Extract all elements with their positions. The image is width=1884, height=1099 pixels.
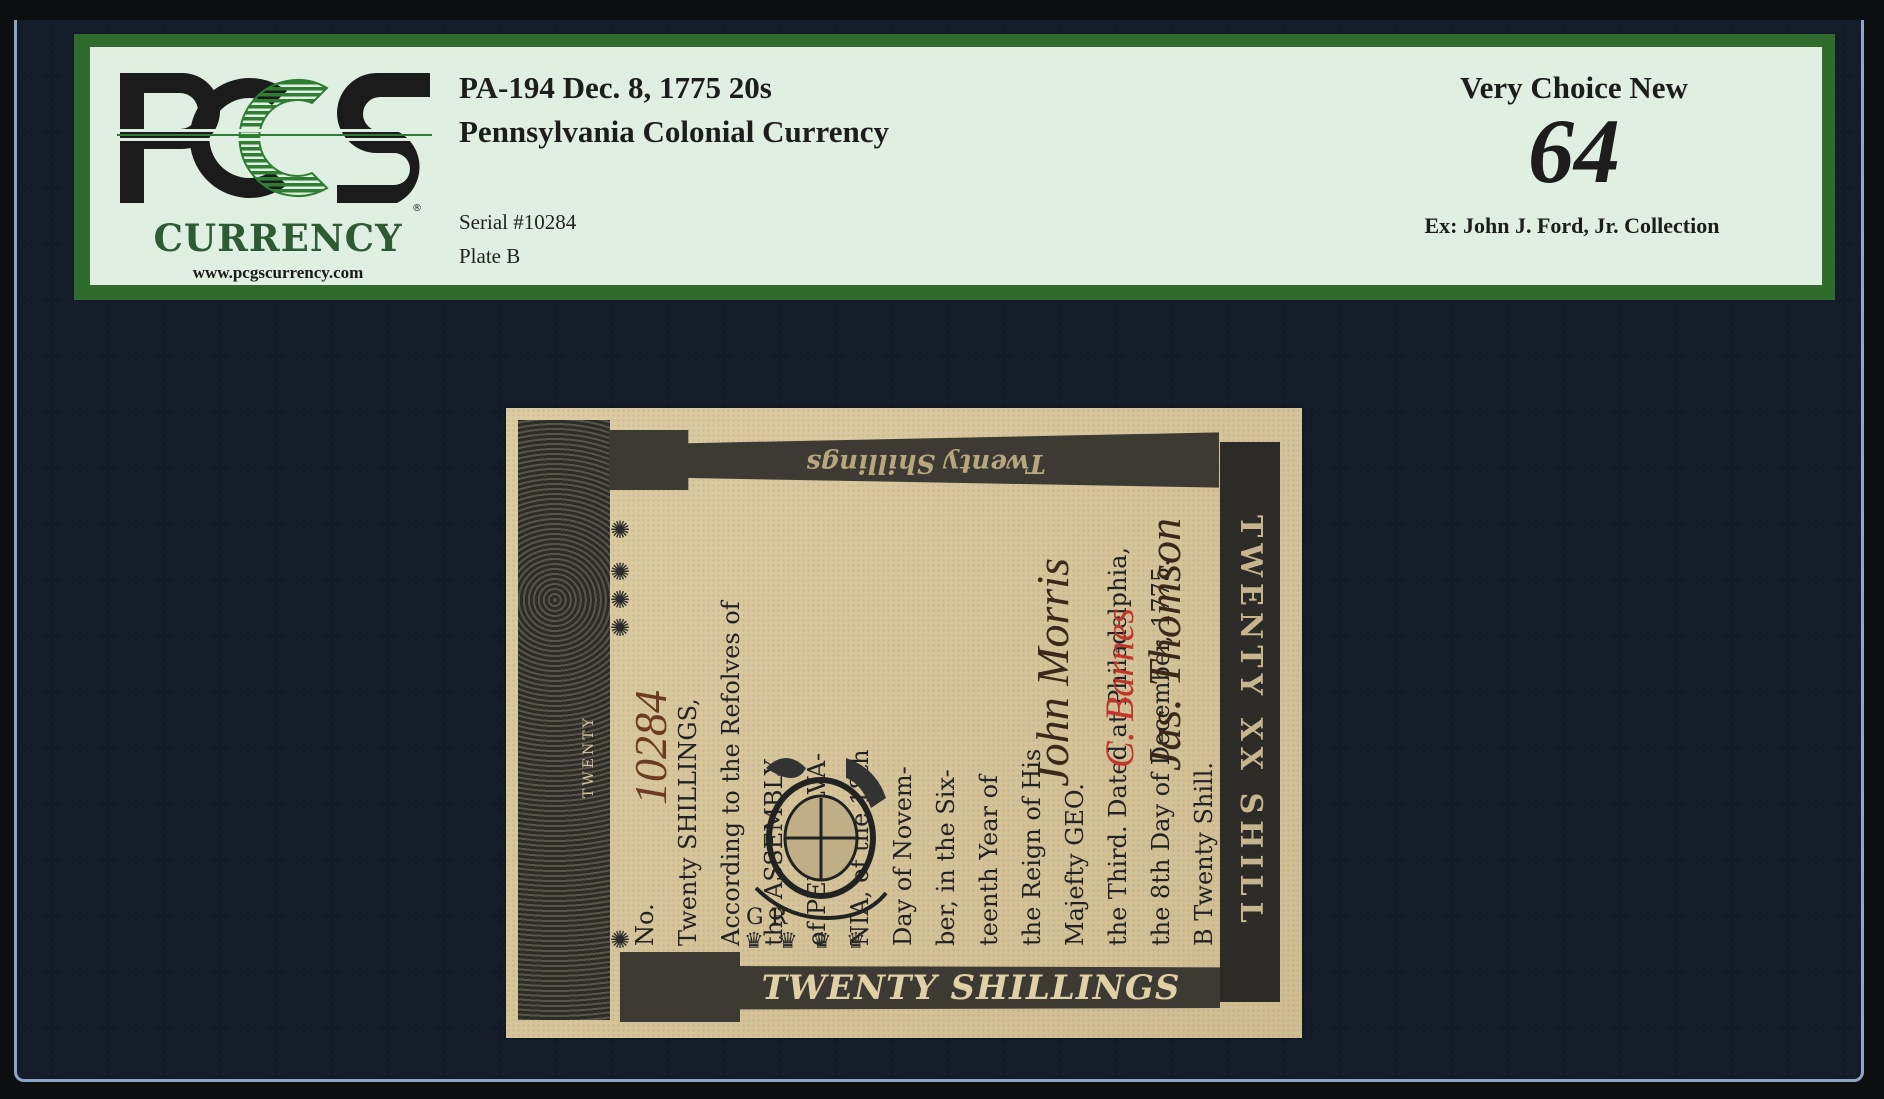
note-body-line: ber, in the Six- <box>925 506 968 946</box>
pedigree: Ex: John J. Ford, Jr. Collection <box>1352 213 1792 239</box>
grade-number: 64 <box>1384 105 1764 197</box>
pcgs-logo: ® CURRENCY www.pcgscurrency.com <box>112 63 437 263</box>
right-ornamental-border: TWENTY XX SHILL <box>1220 442 1280 1002</box>
catalog-title: PA-194 Dec. 8, 1775 20s <box>459 70 772 106</box>
handwritten-serial: 10284 <box>624 690 677 805</box>
bottom-banner-text: TWENTY SHILLINGS <box>736 968 1206 1008</box>
brand-url: www.pcgscurrency.com <box>118 263 438 283</box>
crown-icon: ♛ <box>744 928 764 954</box>
crown-icon: ♛ <box>846 928 866 954</box>
serial-number: Serial #10284 <box>459 210 576 235</box>
plate-letter: Plate B <box>459 244 520 269</box>
catalog-subtitle: Pennsylvania Colonial Currency <box>459 114 889 150</box>
currency-holder: ® CURRENCY www.pcgscurrency.com PA-194 D… <box>14 20 1864 1082</box>
right-border-text: TWENTY XX SHILL <box>1220 442 1280 1002</box>
crown-icon: ♛ <box>778 928 798 954</box>
royal-coat-of-arms-icon: G R <box>736 738 906 928</box>
top-banner-text: Twenty Shillings <box>736 448 1116 478</box>
note-body-line: teenth Year of <box>968 506 1011 946</box>
brand-word: CURRENCY <box>118 216 438 260</box>
signature-1: John Morris <box>1026 558 1079 787</box>
svg-text:G R: G R <box>746 905 789 928</box>
svg-text:®: ® <box>412 203 422 213</box>
grading-label: ® CURRENCY www.pcgscurrency.com PA-194 D… <box>74 34 1835 300</box>
signature-2: C. Barnes <box>1096 608 1143 768</box>
banknote: TWENTY Twenty Shillings TWENTY XX SHILL … <box>506 408 1302 1038</box>
left-border-text: TWENTY <box>581 638 603 798</box>
pcgs-logo-icon: ® <box>112 63 437 213</box>
crown-icon: ♛ <box>812 928 832 954</box>
signature-3: Jas. Thomson <box>1138 518 1191 771</box>
label-panel: ® CURRENCY www.pcgscurrency.com PA-194 D… <box>90 47 1822 285</box>
